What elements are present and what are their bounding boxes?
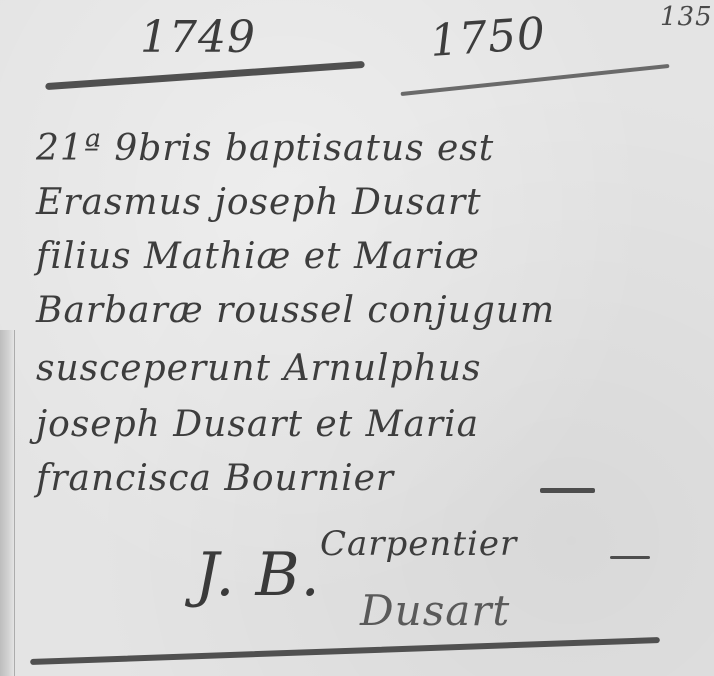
binding-gutter — [0, 330, 15, 676]
signature-priest: Carpentier — [320, 524, 517, 564]
year-underline-right — [401, 64, 670, 96]
entry-line-4: Barbaræ roussel conjugum — [36, 290, 555, 331]
year-underline-left — [45, 61, 365, 90]
year-left: 1749 — [140, 12, 256, 63]
entry-line-2: Erasmus joseph Dusart — [36, 182, 482, 223]
entry-closing-rule — [30, 637, 660, 665]
entry-line-6: joseph Dusart et Maria — [36, 404, 479, 445]
signature-initials: J. B. — [195, 540, 321, 610]
entry-line-5: susceperunt Arnulphus — [36, 348, 481, 389]
page-number: 135 — [660, 2, 713, 32]
year-right: 1750 — [428, 8, 547, 67]
entry-line-1: 21ª 9bris baptisatus est — [36, 128, 494, 169]
line-end-flourish — [540, 488, 595, 493]
signature-flourish — [610, 556, 650, 559]
entry-line-7: francisca Bournier — [36, 458, 394, 499]
entry-line-3: filius Mathiæ et Mariæ — [36, 236, 480, 277]
register-page: 1749 1750 135 21ª 9bris baptisatus est E… — [0, 0, 714, 676]
signature-witness: Dusart — [360, 586, 510, 635]
